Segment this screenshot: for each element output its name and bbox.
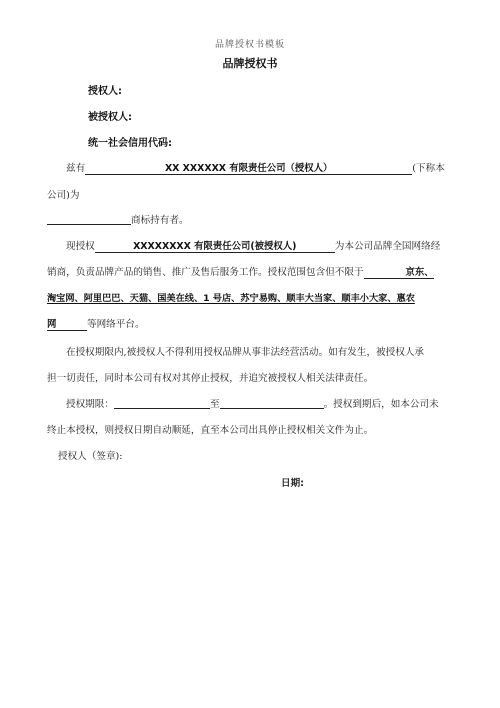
p2-line4-suffix: 等网络平台。 — [87, 319, 145, 330]
authorized-company-blank[interactable]: XXXXXXXX 有限责任公司(被授权人) — [95, 241, 335, 253]
p2-line2-text: 销商，负责品牌产品的销售、推广及售后服务工作。授权范围包含但不限于 — [47, 267, 364, 278]
p2-suffix: 为本公司品牌全国网络经 — [335, 241, 441, 252]
credit-code-field: 统一社会信用代码: — [88, 134, 172, 149]
paragraph-4-line-1: 授权期限：至。授权到期后，如本公司未 — [66, 396, 439, 410]
term-start-blank[interactable] — [114, 398, 210, 409]
trademark-holder-blank[interactable] — [47, 214, 131, 225]
paragraph-1-line-2: 公司)为 — [47, 187, 80, 201]
paragraph-4-line-2: 终止本授权，则授权日期自动顺延，直至本公司出具停止授权相关文件为止。 — [47, 422, 373, 436]
p1-line3-suffix: 商标持有者。 — [131, 215, 189, 226]
template-header: 品牌授权书模板 — [0, 37, 500, 50]
authorized-party-field: 被授权人: — [88, 108, 132, 123]
paragraph-2-line-3: 淘宝网、阿里巴巴、天猫、国美在线、1 号店、苏宁易购、顺丰大当家、顺丰小大家、惠… — [47, 290, 415, 304]
term-label: 授权期限： — [66, 399, 114, 410]
platforms-end-blank[interactable]: 网 — [47, 319, 87, 331]
p1-suffix: (下称本 — [412, 163, 445, 174]
authorized-company-name: XXXXXXXX 有限责任公司(被授权人) — [133, 241, 296, 252]
document-page: 品牌授权书模板 品牌授权书 授权人: 被授权人: 统一社会信用代码: 兹有XX … — [0, 0, 500, 708]
document-title: 品牌授权书 — [0, 55, 500, 71]
paragraph-1-line-1: 兹有XX XXXXXX 有限责任公司（授权人）(下称本 — [66, 160, 445, 175]
term-to: 至 — [210, 399, 220, 410]
paragraph-1-line-3: 商标持有者。 — [47, 212, 189, 226]
authorizer-company-name: XX XXXXXX 有限责任公司（授权人） — [165, 163, 332, 174]
platforms-blank[interactable]: 京东、 — [364, 267, 434, 279]
date-label: 日期: — [281, 475, 304, 489]
paragraph-2-line-4: 网等网络平台。 — [47, 316, 145, 331]
authorizer-seal-label: 授权人（签章): — [58, 448, 123, 462]
p1-prefix: 兹有 — [66, 163, 85, 174]
term-end-blank[interactable] — [220, 398, 324, 409]
platforms-start: 京东、 — [405, 267, 433, 278]
paragraph-2-line-1: 现授权XXXXXXXX 有限责任公司(被授权人)为本公司品牌全国网络经 — [66, 238, 440, 253]
paragraph-2-line-2: 销商，负责品牌产品的销售、推广及售后服务工作。授权范围包含但不限于京东、 — [47, 264, 434, 279]
platforms-list: 淘宝网、阿里巴巴、天猫、国美在线、1 号店、苏宁易购、顺丰大当家、顺丰小大家、惠… — [47, 293, 415, 304]
authorizer-field: 授权人: — [88, 82, 122, 97]
platforms-end: 网 — [47, 319, 56, 330]
p2-prefix: 现授权 — [66, 241, 95, 252]
authorizer-company-blank[interactable]: XX XXXXXX 有限责任公司（授权人） — [85, 163, 412, 175]
paragraph-3-line-1: 在授权期限内,被授权人不得利用授权品牌从事非法经营活动。如有发生，被授权人承 — [66, 344, 424, 358]
term-suffix: 。授权到期后，如本公司未 — [324, 399, 439, 410]
paragraph-3-line-2: 担一切责任，同时本公司有权对其停止授权，并追究被授权人相关法律责任。 — [47, 370, 373, 384]
